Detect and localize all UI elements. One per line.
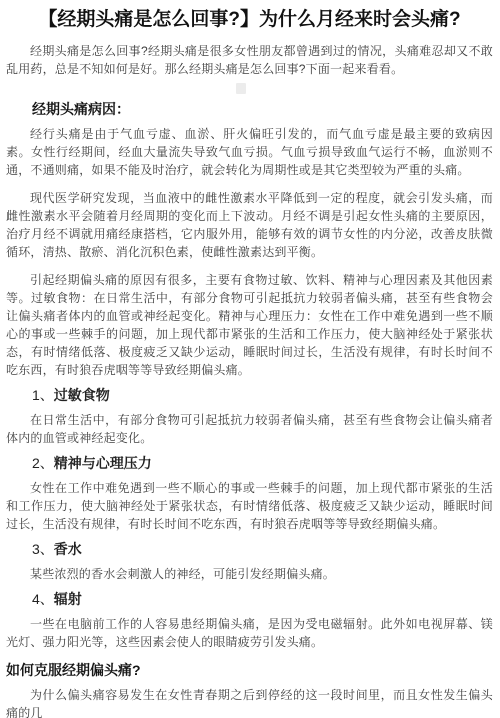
numbered-heading-mental-stress: 2、精神与心理压力	[6, 454, 493, 473]
article-page: 【经期头痛是怎么回事?】为什么月经来时会头痛? 经期头痛是怎么回事?经期头痛是很…	[0, 0, 500, 718]
heading-number: 1、	[32, 387, 54, 403]
overcome-paragraph-truncated: 为什么偏头痛容易发生在女性青春期之后到停经的这一段时间里，而且女性发生偏头痛的几	[6, 686, 493, 718]
radiation-paragraph: 一些在电脑前工作的人容易患经期偏头痛，是因为受电磁辐射。此外如电视屏幕、镁光灯、…	[6, 615, 493, 651]
allergy-food-paragraph: 在日常生活中，有部分食物可引起抵抗力较弱者偏头痛，甚至有些食物会让偏头痛者体内的…	[6, 411, 493, 447]
causes-paragraph-tcm: 经行头痛是由于气血亏虚、血淤、肝火偏旺引发的，而气血亏虚是最主要的致病因素。女性…	[6, 125, 493, 179]
article-title: 【经期头痛是怎么回事?】为什么月经来时会头痛?	[6, 8, 493, 32]
heading-number: 2、	[32, 455, 54, 471]
heading-label: 香水	[54, 541, 82, 557]
heading-label: 过敏食物	[54, 387, 110, 403]
section-heading-how-to-overcome: 如何克服经期偏头痛?	[6, 661, 493, 680]
mental-stress-paragraph: 女性在工作中难免遇到一些不顺心的事或一些棘手的问题，加上现代都市紧张的生活和工作…	[6, 479, 493, 533]
causes-paragraph-overview: 引起经期偏头痛的原因有很多，主要有食物过敏、饮料、精神与心理因素及其他因素等。过…	[6, 271, 493, 379]
faint-watermark-smudge	[236, 83, 246, 94]
heading-label: 精神与心理压力	[54, 455, 152, 471]
heading-label: 辐射	[54, 591, 82, 607]
heading-number: 4、	[32, 591, 54, 607]
numbered-heading-radiation: 4、辐射	[6, 590, 493, 609]
intro-paragraph: 经期头痛是怎么回事?经期头痛是很多女性朋友都曾遇到过的情况，头痛难忍却又不敢乱用…	[6, 42, 493, 78]
numbered-heading-allergy-food: 1、过敏食物	[6, 386, 493, 405]
section-heading-causes: 经期头痛病因：	[6, 100, 493, 119]
causes-paragraph-modern-medicine: 现代医学研究发现，当血液中的雌性激素水平降低到一定的程度，就会引发头痛，而雌性激…	[6, 189, 493, 261]
numbered-heading-perfume: 3、香水	[6, 540, 493, 559]
perfume-paragraph: 某些浓烈的香水会刺激人的神经，可能引发经期偏头痛。	[6, 565, 493, 583]
heading-number: 3、	[32, 541, 54, 557]
